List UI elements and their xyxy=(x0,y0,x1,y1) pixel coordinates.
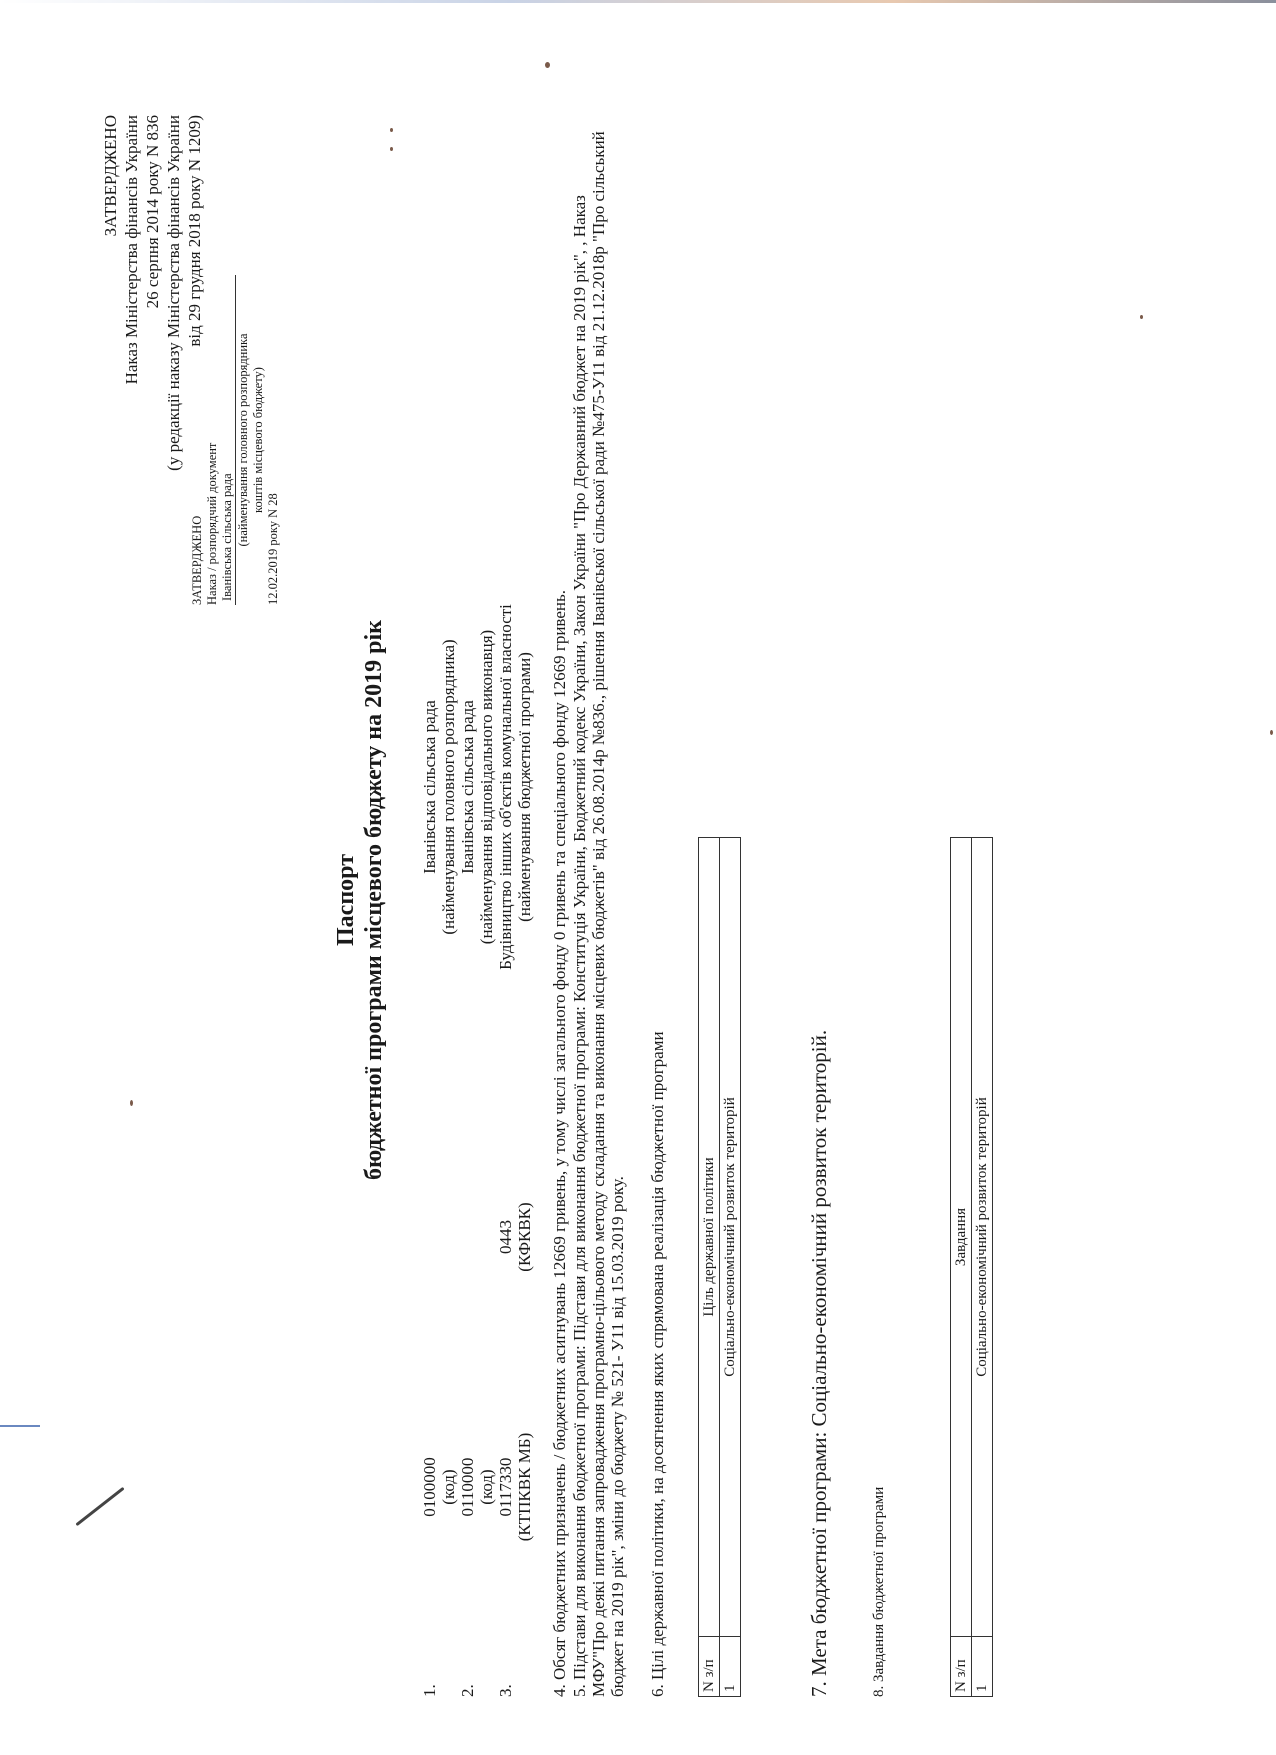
tasks-table: N з/п Завдання 1 Соціально-економічний р… xyxy=(950,837,993,1697)
column-header: N з/п xyxy=(699,1637,720,1697)
scan-speck xyxy=(545,62,550,68)
program-purpose: 7. Мета бюджетної програми: Соціально-ек… xyxy=(810,117,829,1697)
item-code: 0117330 xyxy=(496,1367,515,1607)
table-row: 1 Соціально-економічний розвиток територ… xyxy=(720,838,741,1697)
item-name-caption: (найменування відповідального виконавця) xyxy=(477,437,496,1137)
local-approval-stamp: ЗАТВЕРДЖЕНО Наказ / розпорядчий документ… xyxy=(190,275,281,605)
table-cell: 1 xyxy=(720,1637,741,1697)
item-row: 2. 0110000 Іванівська сільська рада xyxy=(458,97,477,1697)
item-name-caption: (найменування головного розпорядника) xyxy=(439,437,458,1137)
table-header-row: N з/п Ціль державної політики xyxy=(699,838,720,1697)
table-header-row: N з/п Завдання xyxy=(951,838,972,1697)
item-code-caption: (КТПКВК МБ) xyxy=(515,1367,534,1607)
item-number: 1. xyxy=(420,1684,439,1697)
item-caption-row: (КТПКВК МБ) (КФКВК) (найменування бюджет… xyxy=(515,97,534,1697)
item-caption-row: (код) (найменування відповідального вико… xyxy=(477,97,496,1697)
item-name-caption: (найменування бюджетної програми) xyxy=(515,437,534,1137)
scan-top-edge xyxy=(0,0,1276,3)
item-number: 2. xyxy=(458,1684,477,1697)
item-row: 1. 0100000 Іванівська сільська рада xyxy=(420,97,439,1697)
title-main: Паспорт xyxy=(332,75,360,1725)
program-tasks-heading: 8. Завдання бюджетної програми xyxy=(870,117,889,1697)
column-header: Завдання xyxy=(951,838,972,1637)
program-codes: 1. 0100000 Іванівська сільська рада (код… xyxy=(420,97,534,1697)
item-kfk-code: 0443 xyxy=(496,1177,515,1297)
scan-speck xyxy=(1270,730,1273,735)
approval-line: Наказ Міністерства фінансів України xyxy=(121,115,142,545)
item-code: 0100000 xyxy=(420,1367,439,1607)
item-code: 0110000 xyxy=(458,1367,477,1607)
item-code-caption: (код) xyxy=(439,1367,458,1607)
item-name: Іванівська сільська рада xyxy=(420,437,439,1137)
table-cell: Соціально-економічний розвиток територій xyxy=(972,838,993,1637)
approval-line: (у редакції наказу Міністерства фінансів… xyxy=(163,115,184,545)
item-name: Іванівська сільська рада xyxy=(458,437,477,1137)
item-row: 3. 0117330 0443 Будівництво інших об'єкт… xyxy=(496,97,515,1697)
table-cell: 1 xyxy=(972,1637,993,1697)
column-header: Ціль державної політики xyxy=(699,838,720,1637)
item-number: 3. xyxy=(496,1684,515,1697)
approver-name: Іванівська сільська рада xyxy=(220,275,236,605)
approval-label: ЗАТВЕРДЖЕНО xyxy=(190,275,205,605)
approval-date: 12.02.2019 року N 28 xyxy=(266,275,281,605)
program-basis-paragraph: 5. Підстави для виконання бюджетної прог… xyxy=(570,117,627,1697)
budget-volume-paragraph: 4. Обсяг бюджетних призначень / бюджетни… xyxy=(550,117,569,1697)
approval-line: 26 серпня 2014 року N 836 xyxy=(142,115,163,545)
scan-edge-mark xyxy=(0,1425,40,1427)
document-title: Паспорт бюджетної програми місцевого бюд… xyxy=(332,75,388,1725)
title-sub: бюджетної програми місцевого бюджету на … xyxy=(360,75,388,1725)
policy-goals-table: N з/п Ціль державної політики 1 Соціальн… xyxy=(698,837,741,1697)
table-row: 1 Соціально-економічний розвиток територ… xyxy=(972,838,993,1697)
item-kfk-caption: (КФКВК) xyxy=(515,1177,534,1297)
approval-line: Наказ / розпорядчий документ xyxy=(205,275,220,605)
approval-label: ЗАТВЕРДЖЕНО xyxy=(100,115,121,545)
column-header: N з/п xyxy=(951,1637,972,1697)
item-caption-row: (код) (найменування головного розпорядни… xyxy=(439,97,458,1697)
document-page: ЗАТВЕРДЖЕНО Наказ Міністерства фінансів … xyxy=(90,75,1150,1725)
policy-goals-heading: 6. Цілі державної політики, на досягненн… xyxy=(648,117,667,1697)
table-cell: Соціально-економічний розвиток територій xyxy=(720,838,741,1637)
item-code-caption: (код) xyxy=(477,1367,496,1607)
approver-caption: (найменування головного розпорядника xyxy=(236,275,251,605)
item-name: Будівництво інших об'єктів комунальної в… xyxy=(496,437,515,1137)
approver-caption: коштів місцевого бюджету) xyxy=(251,275,266,605)
